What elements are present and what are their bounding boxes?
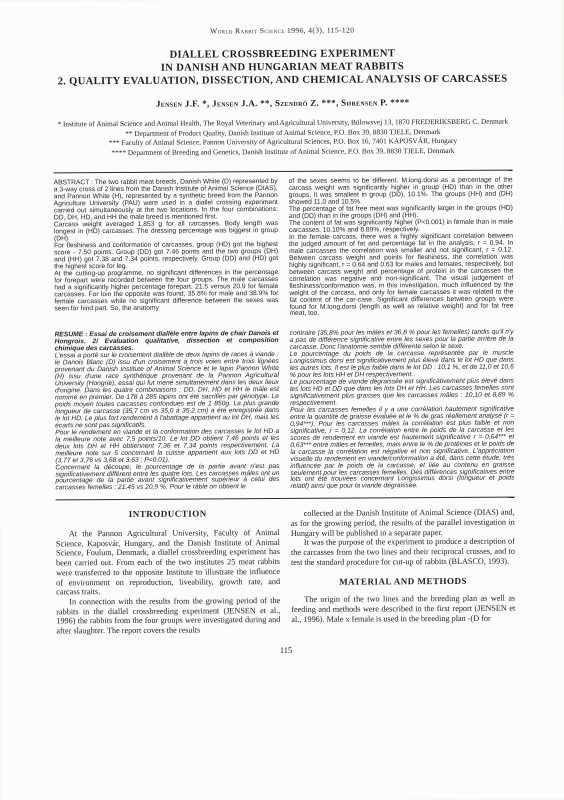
abstract-paragraph: Carcass weight averaged 1,853 g for all … — [54, 221, 278, 243]
abstract-paragraph: In the female carcass, there was a highl… — [289, 234, 514, 319]
paper-title-line-3: 2. QUALITY EVALUATION, DISSECTION, AND C… — [53, 73, 512, 89]
affiliations-block: * Institute of Animal Science and Animal… — [53, 117, 512, 158]
resume-paragraph: contraire (35,8% pour les mâles et 36,8 … — [290, 330, 514, 352]
main-text-section: INTRODUCTION At the Pannon Agricultural … — [56, 508, 516, 636]
mid-divider — [56, 497, 515, 501]
abstract-right-column: of the sexes seems to be different. M.lo… — [289, 178, 514, 318]
abstract-paragraph: ABSTRACT : The two rabbit meat breeds, D… — [54, 179, 278, 222]
resume-section: RESUME : Essai de croisement diallèle en… — [55, 330, 515, 493]
body-paragraph: At the Pannon Agricultural University, F… — [56, 528, 280, 597]
resume-paragraph: Pour le rendement en viande et la confor… — [55, 429, 279, 465]
body-paragraph: In connection with the results from the … — [56, 596, 280, 636]
resume-title: RESUME : Essai de croisement diallèle en… — [55, 331, 279, 353]
resume-left-column: RESUME : Essai de croisement diallèle en… — [55, 331, 280, 492]
paper-page: World Rabbit Science 1996, 4(3), 115-120… — [0, 0, 564, 800]
abstract-paragraph: of the sexes seems to be different. M.lo… — [289, 178, 513, 207]
body-paragraph: The origin of the two lines and the bree… — [291, 594, 515, 624]
paper-title: DIALLEL CROSSBREEDING EXPERIMENT IN DANI… — [53, 47, 512, 89]
abstract-left-column: ABSTRACT : The two rabbit meat breeds, D… — [54, 179, 279, 319]
journal-header: World Rabbit Science 1996, 4(3), 115-120 — [53, 25, 512, 37]
main-right-column: collected at the Danish Institute of Ani… — [291, 508, 516, 635]
affiliation-4: **** Department of Breeding and Genetics… — [53, 145, 512, 157]
resume-paragraph: Le pourcentage de viande dégraissée est … — [290, 379, 514, 408]
abstract-paragraph: At the cutting-up programme, no signific… — [54, 270, 278, 313]
authors-line: Jensen J.F. *, Jensen J.A. **, Szendrő Z… — [53, 97, 512, 110]
top-divider — [54, 170, 513, 174]
resume-paragraph: Pour les carcasses femelles il y a une c… — [290, 407, 515, 492]
methods-heading: MATERIAL AND METHODS — [291, 576, 515, 587]
resume-paragraph: Le pourcentage du poids de la carcasse r… — [290, 351, 514, 380]
page-number: 115 — [56, 643, 515, 656]
resume-paragraph: Concernant la découpe, le pourcentage de… — [55, 464, 279, 493]
body-paragraph: It was the purpose of the experiment to … — [291, 537, 515, 567]
body-paragraph: collected at the Danish Institute of Ani… — [291, 508, 515, 538]
abstract-paragraph: For fleshiness and conformation of carca… — [54, 242, 278, 271]
abstract-section: ABSTRACT : The two rabbit meat breeds, D… — [54, 178, 514, 320]
main-left-column: INTRODUCTION At the Pannon Agricultural … — [56, 509, 281, 636]
resume-right-column: contraire (35,8% pour les mâles et 36,8 … — [290, 330, 515, 491]
resume-paragraph: L'essai a porté sur le croisement diallè… — [55, 352, 279, 430]
introduction-heading: INTRODUCTION — [56, 509, 280, 520]
